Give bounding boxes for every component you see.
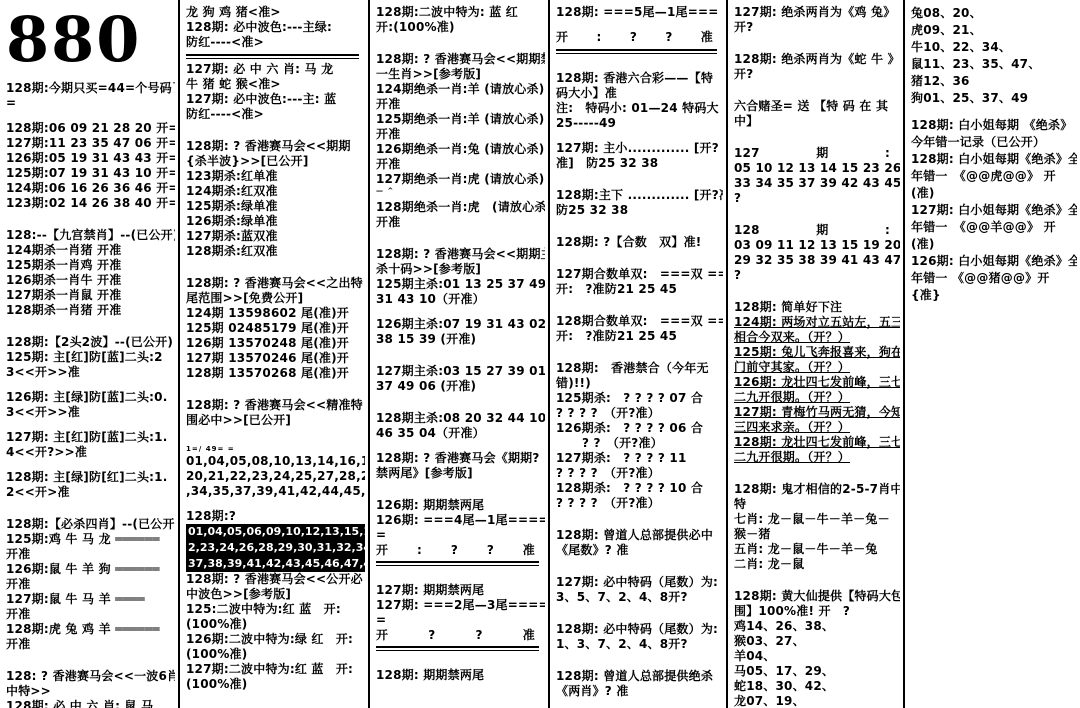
text-line: 128期杀: ? ? ? ? 10 合 [556, 481, 723, 496]
text-line: 128期: 必 中 六 肖: 鼠 马 [6, 699, 175, 708]
text-line: = [6, 96, 175, 111]
text-line: 2,23,24,26,28,29,30,31,32,34 [186, 540, 365, 556]
text-line: 128期: ? 香港赛马会<<公开必 [186, 572, 365, 587]
text-line: 128期主杀:08 20 32 44 10 22 34 [376, 411, 545, 426]
text-line: 126期: ===4尾—1尾===== [376, 513, 545, 528]
text-line: 今年错一记录（已公开） [911, 134, 1077, 151]
text-line: 128期:虎 兔 鸡 羊 ══════ [6, 622, 175, 637]
text-line: 128期: 黄大仙提供【特码大包 [734, 589, 900, 604]
text-fragment: 准 [701, 30, 713, 45]
text-line: 开准 [376, 215, 545, 230]
text-line: 125期 02485179 尾(准)开 [186, 321, 365, 336]
text-fragment: 准 [523, 543, 535, 558]
text-line: 123期杀:红单准 [186, 169, 365, 184]
text-line: 1、3、7、2、4、8开? [556, 637, 723, 652]
text-line: 128期: 简单好下注 [734, 300, 900, 315]
text-line: 128期: 绝杀两肖为《蛇 牛 》 [734, 52, 900, 67]
text-line: 开准 [376, 157, 545, 172]
text-line: 127期: [734, 146, 900, 161]
text-line: 猴03、27、 [734, 634, 900, 649]
text-line: (100%准) [186, 617, 365, 632]
text-line: 127期杀:蓝双准 [186, 229, 365, 244]
text-line: 127期: 白小姐每期《绝杀》全 [911, 202, 1077, 219]
text-line: 牛 猪 蛇 猴<准> [186, 77, 365, 92]
text-fragment: 期 [816, 223, 828, 238]
text-line: 128期: 主[绿]防[红]二头:1. [6, 470, 175, 485]
text-line: 128期: 龙壮四七发前峰，三七 [734, 435, 900, 450]
text-line: (准) [911, 185, 1077, 202]
text-fragment: ? [665, 30, 672, 45]
text-line: 127期: 主[红]防[蓝]二头:1. [6, 430, 175, 445]
text-line: 狗01、25、37、49 [911, 90, 1077, 107]
text-line: 128期: 香港六合彩——【特 [556, 71, 723, 86]
text-line: 128期:【2头2波】--(已公开) [6, 335, 175, 350]
text-fragment: : [885, 146, 890, 161]
column-2: 龙 狗 鸡 猪<准>128期: 必中波色:---主绿:防红----<准>127期… [180, 0, 368, 708]
text-line: 128期: ?【合数 双】准! [556, 235, 723, 250]
text-line: 126期: 龙壮四七发前峰，三七 [734, 375, 900, 390]
text-line: 127期合数单双: ===双 == [556, 267, 723, 282]
text-line: 兔08、20、 [911, 5, 1077, 22]
text-line: 注: 特码小: 01—24 特码大 [556, 101, 723, 116]
text-line: 125期绝杀一肖:羊 (请放心杀) [376, 112, 545, 127]
text-line: 01,04,05,06,09,10,12,13,15,17,1821,2 [186, 524, 365, 540]
text-line: 开? [734, 67, 900, 82]
text-line: 二九开很期。（开？） [734, 450, 900, 465]
text-line: 128期: ? 香港赛马会<<期期禁 [376, 52, 545, 67]
text-line: 128期:? [186, 509, 365, 524]
column-divider [903, 0, 905, 708]
text-line: 准] 防25 32 38 [556, 156, 723, 171]
text-line: 中波色>>[参考版] [186, 587, 365, 602]
text-line: 31 43 10（开准） [376, 292, 545, 307]
column-4: 128期: ===5尾—1尾=== =开:??准128期: 香港六合彩——【特码… [550, 0, 726, 708]
text-line: 二肖: 龙－鼠 [734, 557, 900, 572]
text-line: 2<<开>准 [6, 485, 175, 500]
text-line: 126期: 期期禁两尾 [376, 498, 545, 513]
text-line: ? ? ? ? （开?准） [556, 496, 723, 511]
text-line: 127期: 主小............. [开? [556, 141, 723, 156]
text-line: (100%准) [186, 647, 365, 662]
text-line: 126期 13570248 尾(准)开 [186, 336, 365, 351]
text-line: 127期: ===2尾—3尾===== [376, 598, 545, 613]
text-line: 126期绝杀一肖:兔 (请放心杀) [376, 142, 545, 157]
text-line: 128期: 鬼才相信的2-5-7肖中 [734, 482, 900, 497]
text-line: 中】 [734, 114, 900, 129]
text-line: 六合赌圣= 送 【特 码 在 其 [734, 99, 900, 114]
text-line: 虎09、21、 [911, 22, 1077, 39]
text-line: 126期主杀:07 19 31 43 02 14 26 [376, 317, 545, 332]
text-line: {杀半波}>>[已公开] [186, 154, 365, 169]
column-1: 880 128期:今期只买=44=个号码了=128期:06 09 21 28 2… [0, 0, 178, 708]
text-line: 37,38,39,41,42,43,45,46,47,48 [186, 556, 365, 572]
text-line: 开准 [376, 97, 545, 112]
text-line: (100%准) [186, 677, 365, 692]
text-line: 128期: 曾道人总部提供必中 [556, 528, 723, 543]
text-line: 开准 [6, 607, 175, 622]
text-line: 龙07、19、 [734, 694, 900, 708]
text-line: 128期: [734, 223, 900, 238]
text-line: 错)!!) [556, 376, 723, 391]
text-line: 防红----<准> [186, 107, 365, 122]
text-line: 中特>> [6, 684, 175, 699]
text-line: 1=/ 49= = [186, 445, 365, 454]
text-line: ? [734, 191, 900, 206]
text-line: 开: ?准防21 25 45 [556, 282, 723, 297]
column-6: 兔08、20、虎09、21、牛10、22、34、鼠11、23、35、47、猪12… [905, 0, 1080, 708]
column-5: 127期: 绝杀两肖为《鸡 兔》开?128期: 绝杀两肖为《蛇 牛 》开?六合赌… [728, 0, 903, 708]
column-divider [178, 0, 180, 708]
text-line: 开??准 [376, 628, 545, 643]
text-line: 开准 [6, 547, 175, 562]
masthead-issue-number: 880 [6, 9, 175, 71]
text-line: 开准 [6, 637, 175, 652]
text-fragment: 开 [556, 30, 568, 45]
text-line: ? ? （开?准） [556, 436, 723, 451]
text-fragment: 准 [523, 628, 535, 643]
text-line: 127期绝杀一肖:虎 (请放心杀) [376, 172, 545, 187]
text-line: 128期: ? 香港赛马会<<期期主 [376, 247, 545, 262]
text-line: 29 32 35 38 39 41 43 47 48 开 [734, 253, 900, 268]
text-line: 五肖: 龙－鼠－牛－羊－兔 [734, 542, 900, 557]
text-fragment: : [597, 30, 602, 45]
text-line: 年错一 《@@虎@@》 开 [911, 168, 1077, 185]
text-line: 猪12、36 [911, 73, 1077, 90]
text-line: 3、5、7、2、4、8开? [556, 590, 723, 605]
text-fragment: ? [451, 543, 458, 558]
text-line: 25-----49 [556, 116, 723, 131]
text-line: 128期:主下 ............. [开?准] [556, 188, 723, 203]
text-line: 二九开很期。（开？） [734, 390, 900, 405]
text-line: 127期:11 23 35 47 06 开==(准) [6, 136, 175, 151]
text-line: 33 34 35 37 39 42 43 45 49 开 [734, 176, 900, 191]
text-line: 126期杀: ? ? ? ? 06 合 [556, 421, 723, 436]
text-line: 125期杀: ? ? ? ? 07 合 [556, 391, 723, 406]
text-line: 128期: 白小姐每期《绝杀》全 [911, 151, 1077, 168]
column-divider [548, 0, 550, 708]
text-line: 128期 13570268 尾(准)开 [186, 366, 365, 381]
text-line: 125期杀:绿单准 [186, 199, 365, 214]
text-line: 128期杀一肖猪 开准 [6, 303, 175, 318]
text-line: 126期: 白小姐每期《绝杀》全 [911, 253, 1077, 270]
text-line: 龙 狗 鸡 猪<准> [186, 5, 365, 20]
text-line: ? ? ? ? （开?准） [556, 466, 723, 481]
text-line: 开准 [376, 127, 545, 142]
text-line: 马05、17、29、 [734, 664, 900, 679]
text-line: 127期: 必中波色:---主: 蓝 [186, 92, 365, 107]
text-fragment: 开 [376, 543, 388, 558]
text-line: 128期: ? 香港赛马会<<期期 [186, 139, 365, 154]
text-line: 124期 13598602 尾(准)开 [186, 306, 365, 321]
text-line: 127期:二波中特为:红 蓝 开: [186, 662, 365, 677]
column-divider [368, 0, 370, 708]
text-line: 127期: 必中特码（尾数）为: [556, 575, 723, 590]
text-line: 128期: ? 香港赛马会《期期? [376, 451, 545, 466]
horizontal-divider [186, 54, 359, 59]
text-line: 年错一 《@@猪@@》开 [911, 270, 1077, 287]
text-line: 127期杀: ? ? ? ? 11 [556, 451, 723, 466]
text-line: 125期: 主[红]防[蓝]二头:2 [6, 350, 175, 365]
text-line: 128期: 香港禁合（今年无 [556, 361, 723, 376]
text-line: 46 35 04（开准） [376, 426, 545, 441]
text-line: 开: ?准防21 25 45 [556, 329, 723, 344]
text-line: 125期主杀:01 13 25 37 49 07 19 [376, 277, 545, 292]
text-line: ,34,35,37,39,41,42,44,45,47,49 [186, 484, 365, 499]
text-line: 鸡14、26、38、 [734, 619, 900, 634]
text-line: 126期杀:绿单准 [186, 214, 365, 229]
text-line: 开:??准 [556, 30, 723, 45]
text-line: 128期: 曾道人总部提供绝杀 [556, 669, 723, 684]
text-fragment: ? [630, 30, 637, 45]
text-line: 127期主杀:03 15 27 39 01 13 25 [376, 364, 545, 379]
text-fragment: 128 [734, 223, 760, 238]
text-line: 20,21,22,23,24,25,27,28,29,30,33 [186, 469, 365, 484]
text-line: 03 09 11 12 13 15 19 20 23 26 28 [734, 238, 900, 253]
text-fragment: ? [487, 543, 494, 558]
text-line: 124期绝杀一肖:羊 (请放心杀) [376, 82, 545, 97]
text-line: 127期 13570246 尾(准)开 [186, 351, 365, 366]
horizontal-divider [376, 646, 539, 651]
text-line: 128期杀:红双准 [186, 244, 365, 259]
text-line: 125期杀一肖鸡 开准 [6, 258, 175, 273]
text-line: 128期: ===5尾—1尾=== = [556, 5, 723, 20]
text-line: 125期: 兔儿飞奔报喜来，狗在 [734, 345, 900, 360]
text-line: ? [734, 268, 900, 283]
text-line: 牛10、22、34、 [911, 39, 1077, 56]
text-line: 鼠11、23、35、47、 [911, 56, 1077, 73]
text-line: 《尾数》? 准 [556, 543, 723, 558]
text-fragment: ? [428, 628, 435, 643]
text-line: 禁两尾》[参考版] [376, 466, 545, 481]
text-line: 防25 32 38 [556, 203, 723, 218]
horizontal-divider [556, 49, 717, 54]
text-line: 码大小】准 [556, 86, 723, 101]
text-line: 尾范围>>[免费公开] [186, 291, 365, 306]
text-line: 125期:鸡 牛 马 龙 ══════ [6, 532, 175, 547]
text-line: 127期: 必 中 六 肖: 马 龙 [186, 62, 365, 77]
text-line: 127期:鼠 牛 马 羊 ════ [6, 592, 175, 607]
column-divider [726, 0, 728, 708]
text-line: — ^ [376, 187, 545, 196]
text-line: {准} [911, 287, 1077, 304]
text-fragment: : [885, 223, 890, 238]
column-3: 128期:二波中特为: 蓝 红开:(100%准)128期: ? 香港赛马会<<期… [370, 0, 548, 708]
text-line: 05 10 12 13 14 15 23 26 28 29 31 [734, 161, 900, 176]
text-line: 三四来求亲。（开？） [734, 420, 900, 435]
text-line: 128: ? 香港赛马会<<一波6肖 [6, 669, 175, 684]
text-line: 4<<开?>>准 [6, 445, 175, 460]
text-line: 128期: 白小姐每期 《绝杀》 [911, 117, 1077, 134]
text-line: 128期: 必中特码（尾数）为: [556, 622, 723, 637]
text-fragment: ? [476, 628, 483, 643]
text-line: 123期:02 14 26 38 40 开==(准) [6, 196, 175, 211]
text-line: 126期:二波中特为:绿 红 开: [186, 632, 365, 647]
text-fragment: 期 [816, 146, 828, 161]
text-line: = [376, 613, 545, 628]
text-line: = [376, 528, 545, 543]
text-line: 01,04,05,08,10,13,14,16,17,18,19 [186, 454, 365, 469]
text-line: 128期: 期期禁两尾 [376, 668, 545, 683]
text-line: 38 15 39 (开准) [376, 332, 545, 347]
text-line: 围】100%准! 开 ? [734, 604, 900, 619]
text-line: (准) [911, 236, 1077, 253]
text-line: 一生肖>>[参考版] [376, 67, 545, 82]
text-line: 124期杀:红双准 [186, 184, 365, 199]
text-line: 126期:鼠 牛 羊 狗 ══════ [6, 562, 175, 577]
lottery-tip-sheet: 880 128期:今期只买=44=个号码了=128期:06 09 21 28 2… [0, 0, 1080, 708]
text-line: 127期: 期期禁两尾 [376, 583, 545, 598]
text-line: 128期绝杀一肖:虎 (请放心杀) [376, 200, 545, 215]
text-line: 羊04、 [734, 649, 900, 664]
text-line: 开准 [6, 577, 175, 592]
text-line: 128期:二波中特为: 蓝 红 [376, 5, 545, 20]
text-line: 37 49 06 (开准) [376, 379, 545, 394]
text-line: 126期:05 19 31 43 43 开==(准) [6, 151, 175, 166]
text-line: 128期: ? 香港赛马会<<精准特 [186, 398, 365, 413]
text-line: 相合今双来。（开？） [734, 330, 900, 345]
text-line: 127期: 绝杀两肖为《鸡 兔》 [734, 5, 900, 20]
text-line: 128期: ? 香港赛马会<<之出特 [186, 276, 365, 291]
text-line: 年错一 《@@羊@@》 开 [911, 219, 1077, 236]
text-line: 127期杀一肖鼠 开准 [6, 288, 175, 303]
text-line: 防红----<准> [186, 35, 365, 50]
text-line: 特 [734, 497, 900, 512]
text-line: 开? [734, 20, 900, 35]
text-line: 126期杀一肖牛 开准 [6, 273, 175, 288]
text-line: 3<<开>>准 [6, 405, 175, 420]
text-line: 128期:今期只买=44=个号码了 [6, 81, 175, 96]
text-line: 124期:06 16 26 36 46 开==(准) [6, 181, 175, 196]
text-line: 128期合数单双: ===双 == [556, 314, 723, 329]
text-line: 124期: 两场对立五站左，五三 [734, 315, 900, 330]
horizontal-divider [376, 561, 539, 566]
text-fragment: 开 [376, 628, 388, 643]
text-line: 126期: 主[绿]防[蓝]二头:0. [6, 390, 175, 405]
text-line: 开:??准 [376, 543, 545, 558]
text-line: 开:(100%准) [376, 20, 545, 35]
text-line: 门前守其家。（开？） [734, 360, 900, 375]
text-line: 围必中>>[已公开] [186, 413, 365, 428]
text-line: 七肖: 龙－鼠－牛－羊－兔－ [734, 512, 900, 527]
text-line: 杀十码>>[参考版] [376, 262, 545, 277]
text-fragment: : [417, 543, 422, 558]
text-line: 125:二波中特为:红 蓝 开: [186, 602, 365, 617]
text-line: 猴－猪 [734, 527, 900, 542]
text-line: 125期:07 19 31 43 10 开==(准) [6, 166, 175, 181]
text-line: 蛇18、30、42、 [734, 679, 900, 694]
text-line: 128:--【九宫禁肖】--(已公开) [6, 228, 175, 243]
text-line: 128期: 必中波色:---主绿: [186, 20, 365, 35]
text-line: 124期杀一肖猪 开准 [6, 243, 175, 258]
text-line: ? ? ? ? （开?准） [556, 406, 723, 421]
text-line: 3<<开>>准 [6, 365, 175, 380]
text-line: 128期:【必杀四肖】--(已公开) [6, 517, 175, 532]
text-fragment: 127 [734, 146, 760, 161]
text-line: 128期:06 09 21 28 20 开==(准) [6, 121, 175, 136]
text-line: 127期: 青梅竹马两无猜，今知 [734, 405, 900, 420]
text-line: 《两肖》? 准 [556, 684, 723, 699]
